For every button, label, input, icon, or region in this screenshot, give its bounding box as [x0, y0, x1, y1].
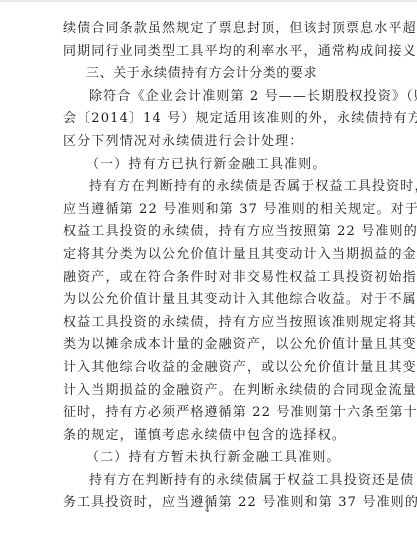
subsection-heading: （一）持有方已执行新金融工具准则。: [63, 154, 358, 177]
body-line: 应当遵循第 22 号准则和第 37 号准则的相关规定。对于属于: [63, 199, 358, 222]
paragraph-start-line: 持有方在判断持有的永续债属于权益工具投资还是债: [63, 470, 358, 493]
body-line: 计入其他综合收益的金融资产，或以公允价值计量且其变动: [63, 357, 358, 380]
paragraph-start-line: 持有方在判断持有的永续债是否属于权益工具投资时，: [63, 176, 358, 199]
body-line: 类为以摊余成本计量的金融资产，以公允价值计量且其变动: [63, 334, 358, 357]
body-line: 权益工具投资的永续债，持有方应当按照该准则规定将其分: [63, 312, 358, 335]
body-line: 融资产，或在符合条件时对非交易性权益工具投资初始指定: [63, 267, 358, 290]
body-line: 区分下列情况对永续债进行会计处理：: [63, 131, 358, 154]
body-line: 会〔2014〕14 号）规定适用该准则的外，永续债持有方应当: [63, 108, 358, 131]
section-heading: 三、关于永续债持有方会计分类的要求: [63, 63, 358, 86]
page-number: 4: [205, 506, 209, 514]
paragraph-start-line: 除符合《企业会计准则第 2 号——长期股权投资》（财: [63, 86, 358, 109]
document-page: 续债合同条款虽然规定了票息封顶，但该封顶票息水平超过 同期同行业同类型工具平均的…: [63, 18, 358, 515]
subsection-heading: （二）持有方暂未执行新金融工具准则。: [63, 447, 358, 470]
body-line: 务工具投资时，应当遵循第 22 号准则和第 37 号准则的相关: [63, 492, 358, 515]
body-line: 征时，持有方必须严格遵循第 22 号准则第十六条至第十九: [63, 402, 358, 425]
body-line: 同期同行业同类型工具平均的利率水平，通常构成间接义务。: [63, 41, 358, 64]
body-line: 条的规定，谨慎考虑永续债中包含的选择权。: [63, 425, 358, 448]
body-line: 定将其分类为以公允价值计量且其变动计入当期损益的金: [63, 244, 358, 267]
page-top-edge: [0, 0, 417, 2]
body-line: 权益工具投资的永续债，持有方应当按照第 22 号准则的规: [63, 221, 358, 244]
body-line: 计入当期损益的金融资产。在判断永续债的合同现金流量特: [63, 380, 358, 403]
body-line: 续债合同条款虽然规定了票息封顶，但该封顶票息水平超过: [63, 18, 358, 41]
body-line: 为以公允价值计量且其变动计入其他综合收益。对于不属于: [63, 289, 358, 312]
